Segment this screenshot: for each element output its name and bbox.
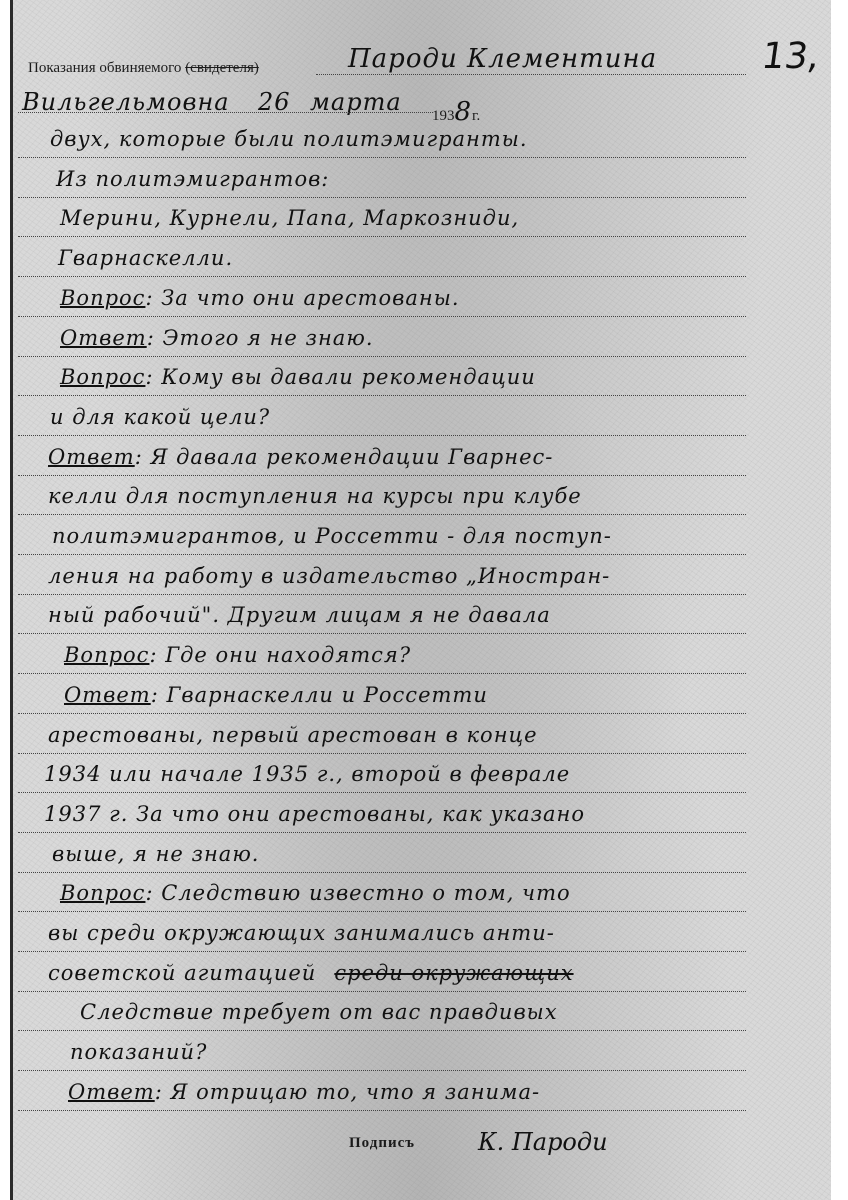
answer-label: Ответ — [60, 326, 147, 350]
testimony-line: двух, которые были политэмигранты. — [50, 127, 528, 151]
line-text: арестованы, первый арестован в конце — [48, 723, 538, 747]
ruled-line — [18, 236, 746, 237]
header-rule-2 — [18, 112, 433, 113]
line-text: Мерини, Курнели, Папа, Маркозниди, — [60, 206, 519, 230]
ruled-line — [18, 911, 746, 912]
ruled-line — [18, 514, 746, 515]
testimony-line: политэмигрантов, и Россетти - для поступ… — [52, 524, 612, 548]
line-text: келли для поступления на курсы при клубе — [48, 484, 582, 508]
ruled-line — [18, 1110, 746, 1111]
answer-label: Ответ — [64, 683, 151, 707]
signature: К. Пароди — [478, 1128, 608, 1156]
ruled-line — [18, 792, 746, 793]
testimony-line: келли для поступления на курсы при клубе — [48, 484, 582, 508]
year-prefix: 193 — [432, 108, 455, 124]
line-text: Следствие требует от вас правдивых — [80, 1000, 558, 1024]
ruled-line — [18, 951, 746, 952]
testimony-line: Вопрос: За что они арестованы. — [60, 286, 460, 310]
line-text: : Кому вы давали рекомендации — [145, 365, 535, 389]
header-label-text: Показания обвиняемого — [28, 60, 181, 76]
line-text: вы среди окружающих занимались анти- — [48, 921, 555, 945]
ruled-line — [18, 435, 746, 436]
year-unit: г. — [472, 108, 480, 124]
line-text: политэмигрантов, и Россетти - для поступ… — [52, 524, 612, 548]
answer-label: Ответ — [68, 1080, 155, 1104]
line-text: : Следствию известно о том, что — [145, 881, 570, 905]
ruled-line — [18, 832, 746, 833]
header-rule — [316, 74, 746, 75]
ruled-line — [18, 197, 746, 198]
ruled-line — [18, 633, 746, 634]
ruled-line — [18, 594, 746, 595]
ruled-line — [18, 475, 746, 476]
question-label: Вопрос — [64, 643, 149, 667]
line-text: : Я давала рекомендации Гварнес- — [135, 445, 554, 469]
line-text: Из политэмигрантов: — [56, 167, 329, 191]
ruled-line — [18, 872, 746, 873]
testimony-line: Ответ: Гварнаскелли и Россетти — [64, 683, 488, 707]
line-text: : За что они арестованы. — [145, 286, 459, 310]
line-text: и для какой цели? — [50, 405, 270, 429]
testimony-line: и для какой цели? — [50, 405, 270, 429]
testimony-line: Вопрос: Следствию известно о том, что — [60, 881, 571, 905]
line-text: : Этого я не знаю. — [147, 326, 374, 350]
question-label: Вопрос — [60, 286, 145, 310]
testimony-line: Ответ: Я отрицаю то, что я занима- — [68, 1080, 540, 1104]
year-field: 1938г. — [432, 97, 480, 127]
line-text: ный рабочий". Другим лицам я не давала — [48, 603, 551, 627]
line-text: 1934 или начале 1935 г., второй в феврал… — [44, 762, 570, 786]
ruled-line — [18, 356, 746, 357]
testimony-line: показаний? — [70, 1040, 207, 1064]
line-text: выше, я не знаю. — [52, 842, 259, 866]
testimony-line: Ответ: Этого я не знаю. — [60, 326, 374, 350]
line-text: двух, которые были политэмигранты. — [50, 127, 528, 151]
ruled-line — [18, 1070, 746, 1071]
ruled-line — [18, 753, 746, 754]
testimony-line: выше, я не знаю. — [52, 842, 259, 866]
testimony-line: Вопрос: Где они находятся? — [64, 643, 411, 667]
ruled-line — [18, 554, 746, 555]
testimony-line: ный рабочий". Другим лицам я не давала — [48, 603, 551, 627]
line-text: 1937 г. За что они арестованы, как указа… — [44, 802, 585, 826]
printed-header-label: Показания обвиняемого (свидетеля) — [28, 60, 259, 77]
page-number: 13, — [759, 36, 822, 77]
ruled-line — [18, 673, 746, 674]
line-text: : Гварнаскелли и Россетти — [151, 683, 488, 707]
ruled-line — [18, 316, 746, 317]
ruled-line — [18, 991, 746, 992]
accused-name: Пароди Клементина — [348, 44, 657, 74]
testimony-line: Вопрос: Кому вы давали рекомендации — [60, 365, 536, 389]
testimony-line: вы среди окружающих занимались анти- — [48, 921, 555, 945]
year-suffix: 8 — [455, 97, 473, 127]
testimony-line: 1937 г. За что они арестованы, как указа… — [44, 802, 585, 826]
line-text: советской агитацией — [48, 961, 316, 985]
testimony-line: Следствие требует от вас правдивых — [80, 1000, 558, 1024]
testimony-line: Ответ: Я давала рекомендации Гварнес- — [48, 445, 553, 469]
testimony-line: ления на работу в издательство „Иностран… — [48, 564, 610, 588]
testimony-line: Гварнаскелли. — [58, 246, 233, 270]
line-text: : Я отрицаю то, что я занима- — [155, 1080, 540, 1104]
question-label: Вопрос — [60, 365, 145, 389]
ruled-line — [18, 157, 746, 158]
question-label: Вопрос — [60, 881, 145, 905]
ruled-line — [18, 1030, 746, 1031]
ruled-line — [18, 276, 746, 277]
testimony-line: 1934 или начале 1935 г., второй в феврал… — [44, 762, 570, 786]
answer-label: Ответ — [48, 445, 135, 469]
line-text: ления на работу в издательство „Иностран… — [48, 564, 610, 588]
signature-label: Подписъ — [349, 1135, 415, 1152]
struck-text: среди окружающих — [334, 961, 573, 985]
ruled-line — [18, 395, 746, 396]
testimony-line: арестованы, первый арестован в конце — [48, 723, 538, 747]
testimony-line: советской агитациейсреди окружающих — [48, 961, 574, 985]
testimony-line: Из политэмигрантов: — [56, 167, 329, 191]
testimony-line: Мерини, Курнели, Папа, Маркозниди, — [60, 206, 519, 230]
line-text: Гварнаскелли. — [58, 246, 233, 270]
header-label-struck: (свидетеля) — [185, 60, 259, 76]
line-text: : Где они находятся? — [149, 643, 411, 667]
line-text: показаний? — [70, 1040, 207, 1064]
ruled-line — [18, 713, 746, 714]
